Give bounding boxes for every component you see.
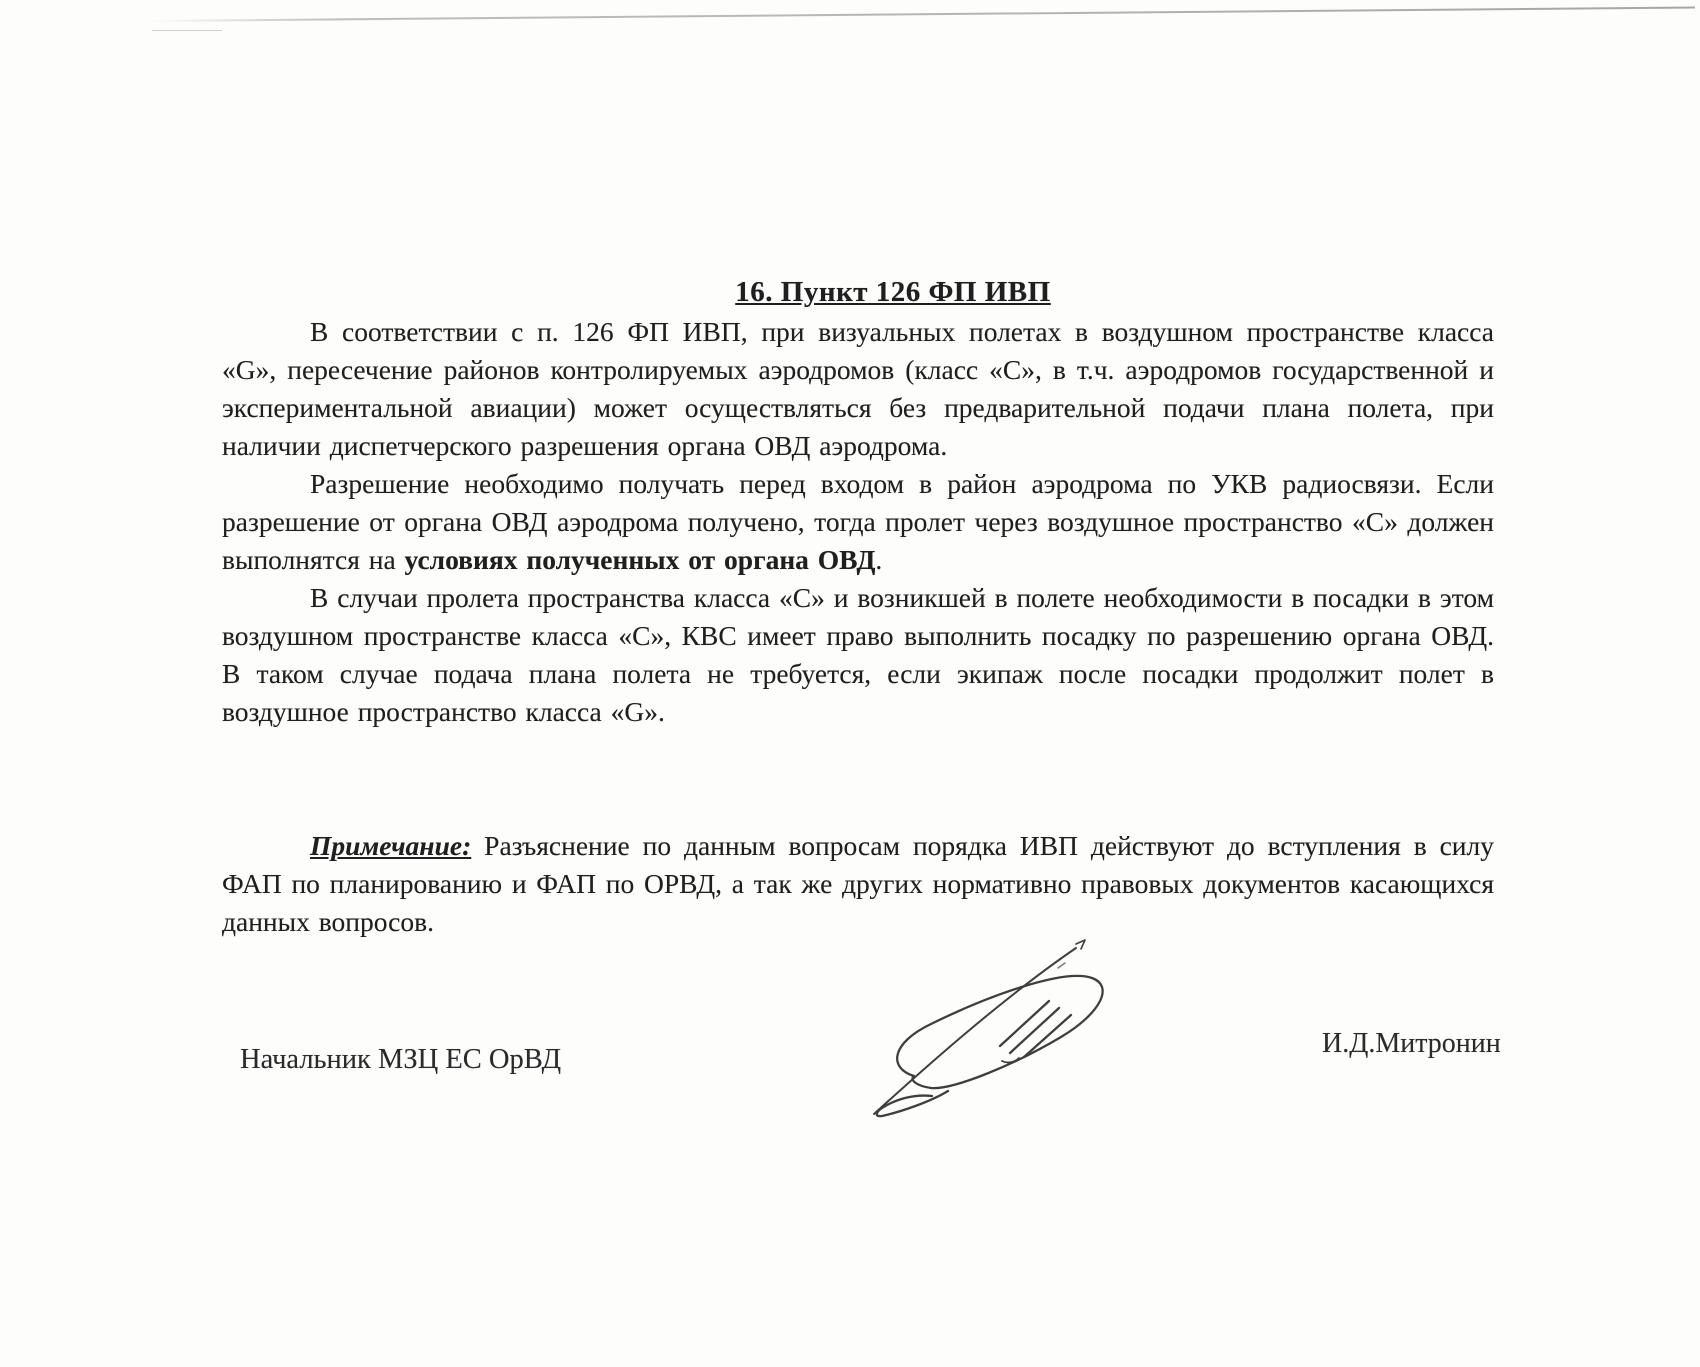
document-title: 16. Пункт 126 ФП ИВП [292, 276, 1494, 309]
signer-name: И.Д.Митронин [1322, 1028, 1501, 1060]
scan-edge-artifact [150, 7, 1695, 22]
scanned-document-page: 16. Пункт 126 ФП ИВП В соответствии с п.… [0, 0, 1700, 1367]
note-label: Примечание: [310, 830, 471, 861]
paragraph-2-bold-text: условиях полученных от органа ОВД [405, 544, 876, 575]
paragraph-2: Разрешение необходимо получать перед вхо… [222, 465, 1494, 579]
note-paragraph: Примечание: Разъяснение по данным вопрос… [222, 827, 1494, 941]
signer-position-title: Начальник МЗЦ ЕС ОрВД [240, 1044, 561, 1076]
scan-edge-artifact-small [152, 30, 222, 31]
document-body: 16. Пункт 126 ФП ИВП В соответствии с п.… [222, 276, 1494, 941]
handwritten-signature-icon [852, 928, 1114, 1128]
paragraph-2-period: . [875, 544, 882, 575]
paragraph-3: В случаи пролета пространства класса «С»… [222, 579, 1494, 731]
paragraph-1: В соответствии с п. 126 ФП ИВП, при визу… [222, 313, 1494, 465]
